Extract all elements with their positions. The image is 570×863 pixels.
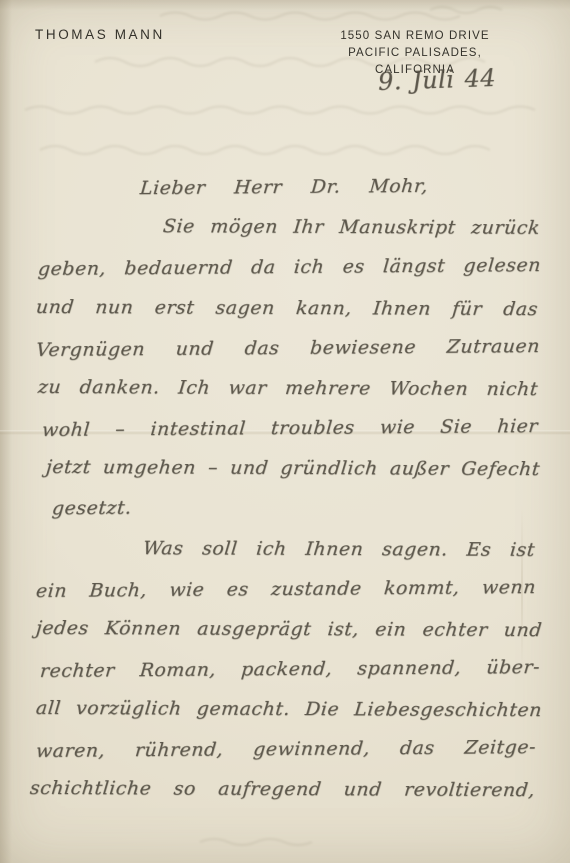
- handwritten-line: gesetzt.: [51, 497, 132, 520]
- paper-top-shadow: [0, 0, 570, 10]
- handwritten-line: all vorzüglich gemacht. Die Liebesgeschi…: [35, 697, 543, 721]
- handwritten-line: ein Buch, wie es zustande kommt, wenn: [35, 576, 537, 602]
- letter-page: THOMAS MANN 1550 SAN REMO DRIVE PACIFIC …: [0, 0, 570, 863]
- letterhead-sender-name: THOMAS MANN: [35, 27, 165, 42]
- handwritten-line: Vergnügen und das bewiesene Zutrauen: [35, 335, 541, 361]
- handwritten-line: wohl – intestinal troubles wie Sie hier: [41, 415, 539, 441]
- handwritten-line: rechter Roman, packend, spannend, über-: [39, 656, 541, 682]
- handwritten-line: Was soll ich Ihnen sagen. Es ist: [142, 537, 536, 561]
- handwritten-date: 9. Juli 44: [378, 64, 497, 96]
- handwritten-line: schichtliche so aufregend und revoltiere…: [29, 777, 536, 801]
- handwritten-line: jedes Können ausgeprägt ist, ein echter …: [35, 617, 543, 641]
- letterhead-address-line1: 1550 SAN REMO DRIVE: [320, 28, 510, 45]
- handwritten-line: zu danken. Ich war mehrere Wochen nicht: [37, 376, 539, 400]
- handwritten-line: Sie mögen Ihr Manuskript zurück: [162, 215, 541, 239]
- handwritten-line: waren, rührend, gewinnend, das Zeitge-: [35, 736, 537, 762]
- handwritten-line: geben, bedauernd da ich es längst gelese…: [37, 254, 542, 280]
- handwritten-line: und nun erst sagen kann, Ihnen für das: [35, 296, 539, 320]
- salutation-line: Lieber Herr Dr. Mohr,: [139, 175, 429, 199]
- handwritten-line: jetzt umgehen – und gründlich außer Gefe…: [45, 456, 541, 480]
